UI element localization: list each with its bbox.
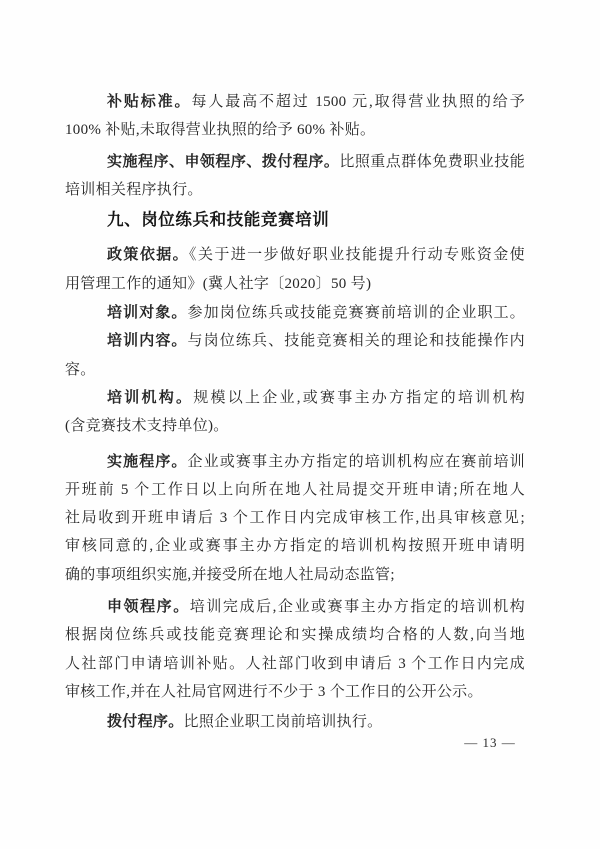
text-line: 拨付程序。比照企业职工岗前培训执行。 — [65, 708, 525, 736]
paragraph: 培训对象。参加岗位练兵或技能竞赛赛前培训的企业职工。 — [65, 299, 525, 327]
paragraph: 补贴标准。每人最高不超过 1500 元,取得营业执照的给予100% 补贴,未取得… — [65, 88, 525, 145]
line-text: 容。 — [65, 362, 96, 378]
paragraph: 培训内容。与岗位练兵、技能竞赛相关的理论和技能操作内容。 — [65, 327, 525, 384]
line-text: 比照企业职工岗前培训执行。 — [184, 714, 383, 730]
text-line: 审核工作,并在人社局官网进行不少于 3 个工作日的公开公示。 — [65, 678, 525, 706]
lead-text: 补贴标准。 — [107, 94, 191, 110]
line-text: 参加岗位练兵或技能竞赛赛前培训的企业职工。 — [188, 305, 525, 321]
text-line: 用管理工作的通知》(冀人社字〔2020〕50 号) — [65, 270, 525, 298]
line-text: 企业或赛事主办方指定的培训机构应在赛前培训 — [188, 454, 525, 470]
lead-text: 政策依据。 — [107, 247, 189, 263]
line-text: 用管理工作的通知》(冀人社字〔2020〕50 号) — [65, 276, 371, 292]
line-text: 审核工作,并在人社局官网进行不少于 3 个工作日的公开公示。 — [65, 684, 483, 700]
paragraph: 政策依据。《关于进一步做好职业技能提升行动专账资金使用管理工作的通知》(冀人社字… — [65, 241, 525, 298]
text-line: 容。 — [65, 356, 525, 384]
text-line: 根据岗位练兵或技能竞赛理论和实操成绩均合格的人数,向当地 — [65, 621, 525, 649]
text-line: 申领程序。培训完成后,企业或赛事主办方指定的培训机构 — [65, 593, 525, 621]
paragraph: 实施程序。企业或赛事主办方指定的培训机构应在赛前培训开班前 5 个工作日以上向所… — [65, 448, 525, 589]
text-line: 审核同意的,企业或赛事主办方指定的培训机构按照开班申请明 — [65, 532, 525, 560]
lead-text: 培训对象。 — [107, 305, 188, 321]
text-line: 实施程序、申领程序、拨付程序。比照重点群体免费职业技能 — [65, 148, 525, 176]
line-text: 培训完成后,企业或赛事主办方指定的培训机构 — [190, 599, 525, 615]
body-text: 补贴标准。每人最高不超过 1500 元,取得营业执照的给予100% 补贴,未取得… — [65, 88, 525, 737]
line-text: 100% 补贴,未取得营业执照的给予 60% 补贴。 — [65, 122, 375, 138]
line-text: 培训相关程序执行。 — [65, 182, 203, 198]
text-line: 培训对象。参加岗位练兵或技能竞赛赛前培训的企业职工。 — [65, 299, 525, 327]
paragraph: 申领程序。培训完成后,企业或赛事主办方指定的培训机构根据岗位练兵或技能竞赛理论和… — [65, 593, 525, 706]
text-line: 确的事项组织实施,并接受所在地人社局动态监管; — [65, 561, 525, 589]
document-page: 补贴标准。每人最高不超过 1500 元,取得营业执照的给予100% 补贴,未取得… — [0, 0, 600, 849]
text-line: 培训相关程序执行。 — [65, 176, 525, 204]
text-line: 人社部门申请培训补贴。人社部门收到申请后 3 个工作日内完成 — [65, 650, 525, 678]
line-text: 开班前 5 个工作日以上向所在地人社局提交开班申请;所在地人 — [65, 482, 525, 498]
line-text: 确的事项组织实施,并接受所在地人社局动态监管; — [65, 567, 395, 583]
paragraph: 拨付程序。比照企业职工岗前培训执行。 — [65, 708, 525, 736]
text-line: 培训内容。与岗位练兵、技能竞赛相关的理论和技能操作内 — [65, 327, 525, 355]
lead-text: 拨付程序。 — [107, 714, 184, 730]
line-text: 与岗位练兵、技能竞赛相关的理论和技能操作内 — [188, 333, 525, 349]
line-text: 社局收到开班申请后 3 个工作日内完成审核工作,出具审核意见; — [65, 510, 525, 526]
lead-text: 实施程序。 — [107, 454, 188, 470]
text-line: 100% 补贴,未取得营业执照的给予 60% 补贴。 — [65, 116, 525, 144]
text-line: 培训机构。规模以上企业,或赛事主办方指定的培训机构 — [65, 384, 525, 412]
section-heading: 九、岗位练兵和技能竞赛培训 — [65, 206, 525, 234]
text-line: (含竞赛技术支持单位)。 — [65, 412, 525, 440]
line-text: 规模以上企业,或赛事主办方指定的培训机构 — [193, 390, 525, 406]
lead-text: 申领程序。 — [107, 599, 190, 615]
line-text: 《关于进一步做好职业技能提升行动专账资金使 — [189, 247, 525, 263]
paragraph: 培训机构。规模以上企业,或赛事主办方指定的培训机构(含竞赛技术支持单位)。 — [65, 384, 525, 441]
line-text: (含竞赛技术支持单位)。 — [65, 418, 229, 434]
line-text: 比照重点群体免费职业技能 — [339, 154, 525, 170]
paragraph: 实施程序、申领程序、拨付程序。比照重点群体免费职业技能培训相关程序执行。 — [65, 148, 525, 205]
line-text: 根据岗位练兵或技能竞赛理论和实操成绩均合格的人数,向当地 — [65, 627, 525, 643]
text-line: 实施程序。企业或赛事主办方指定的培训机构应在赛前培训 — [65, 448, 525, 476]
lead-text: 实施程序、申领程序、拨付程序。 — [107, 154, 339, 170]
lead-text: 培训内容。 — [107, 333, 188, 349]
text-line: 补贴标准。每人最高不超过 1500 元,取得营业执照的给予 — [65, 88, 525, 116]
text-line: 社局收到开班申请后 3 个工作日内完成审核工作,出具审核意见; — [65, 504, 525, 532]
page-number: — 13 — — [440, 735, 540, 751]
text-line: 开班前 5 个工作日以上向所在地人社局提交开班申请;所在地人 — [65, 476, 525, 504]
text-line: 政策依据。《关于进一步做好职业技能提升行动专账资金使 — [65, 241, 525, 269]
lead-text: 培训机构。 — [107, 390, 193, 406]
line-text: 人社部门申请培训补贴。人社部门收到申请后 3 个工作日内完成 — [65, 656, 525, 672]
line-text: 审核同意的,企业或赛事主办方指定的培训机构按照开班申请明 — [65, 538, 525, 554]
line-text: 每人最高不超过 1500 元,取得营业执照的给予 — [191, 94, 525, 110]
